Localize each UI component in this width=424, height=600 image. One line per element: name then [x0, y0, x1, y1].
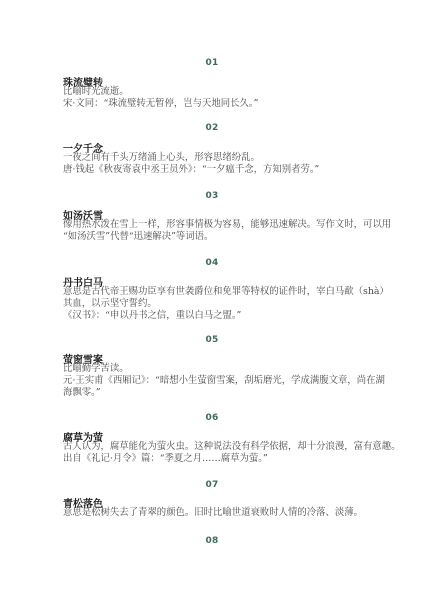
entry-number: 05	[63, 335, 361, 345]
entry-line: 意思是松树失去了青翠的颜色。旧时比喻世道衰败时人情的冷落、淡薄。	[63, 507, 363, 519]
entry-number: 06	[63, 413, 361, 423]
entry-number: 08	[63, 536, 361, 546]
entry-line: 古人认为，腐草能化为萤火虫。这种说法没有科学依据，却十分浪漫，富有意趣。	[63, 441, 401, 453]
document-page: 01 珠流璧转 比喻时光流逝。 宋·文同：“珠流璧转无暂停，岂与天地同长久。” …	[0, 0, 424, 600]
entry-line: 宋·文同：“珠流璧转无暂停，岂与天地同长久。”	[63, 98, 258, 110]
entry-number: 02	[63, 123, 361, 133]
entry-line: 元·王实甫《西厢记》：“暗想小生萤窗雪案，刮垢磨光，学成满腹文章，尚在湖	[63, 375, 385, 387]
entry-number: 01	[63, 58, 361, 68]
entry-line: 《汉书》：“申以丹书之信，重以白马之盟。”	[63, 310, 241, 322]
entry-line: 其血，以示坚守誓约。	[63, 298, 157, 310]
entry-line: 比喻勤学苦读。	[63, 363, 129, 375]
entry-line: 唐·钱起《秋夜寄袁中丞王员外》：“一夕瘟千念，方知别者劳。”	[63, 164, 319, 176]
entry-line: 出自《礼记·月令》篇：“季夏之月……腐草为萤。”	[63, 453, 268, 465]
entry-line: 比喻时光流逝。	[63, 86, 129, 98]
entry-number: 03	[63, 191, 361, 201]
entry-line: 海飘零。”	[63, 387, 101, 399]
entry-line: “如汤沃雪”代替“迅速解决”等词语。	[63, 231, 213, 243]
entry-line: 像用热水泼在雪上一样，形容事情极为容易，能够迅速解决。写作文时，可以用	[63, 219, 391, 231]
entry-line: 意思是古代帝王赐功臣享有世袭爵位和免罪等特权的证件时，宰白马歃（shà）	[63, 286, 389, 298]
entry-number: 04	[63, 258, 361, 268]
entry-line: 一夜之间有千头万绪涌上心头，形容思绪纷乱。	[63, 152, 260, 164]
entry-number: 07	[63, 480, 361, 490]
